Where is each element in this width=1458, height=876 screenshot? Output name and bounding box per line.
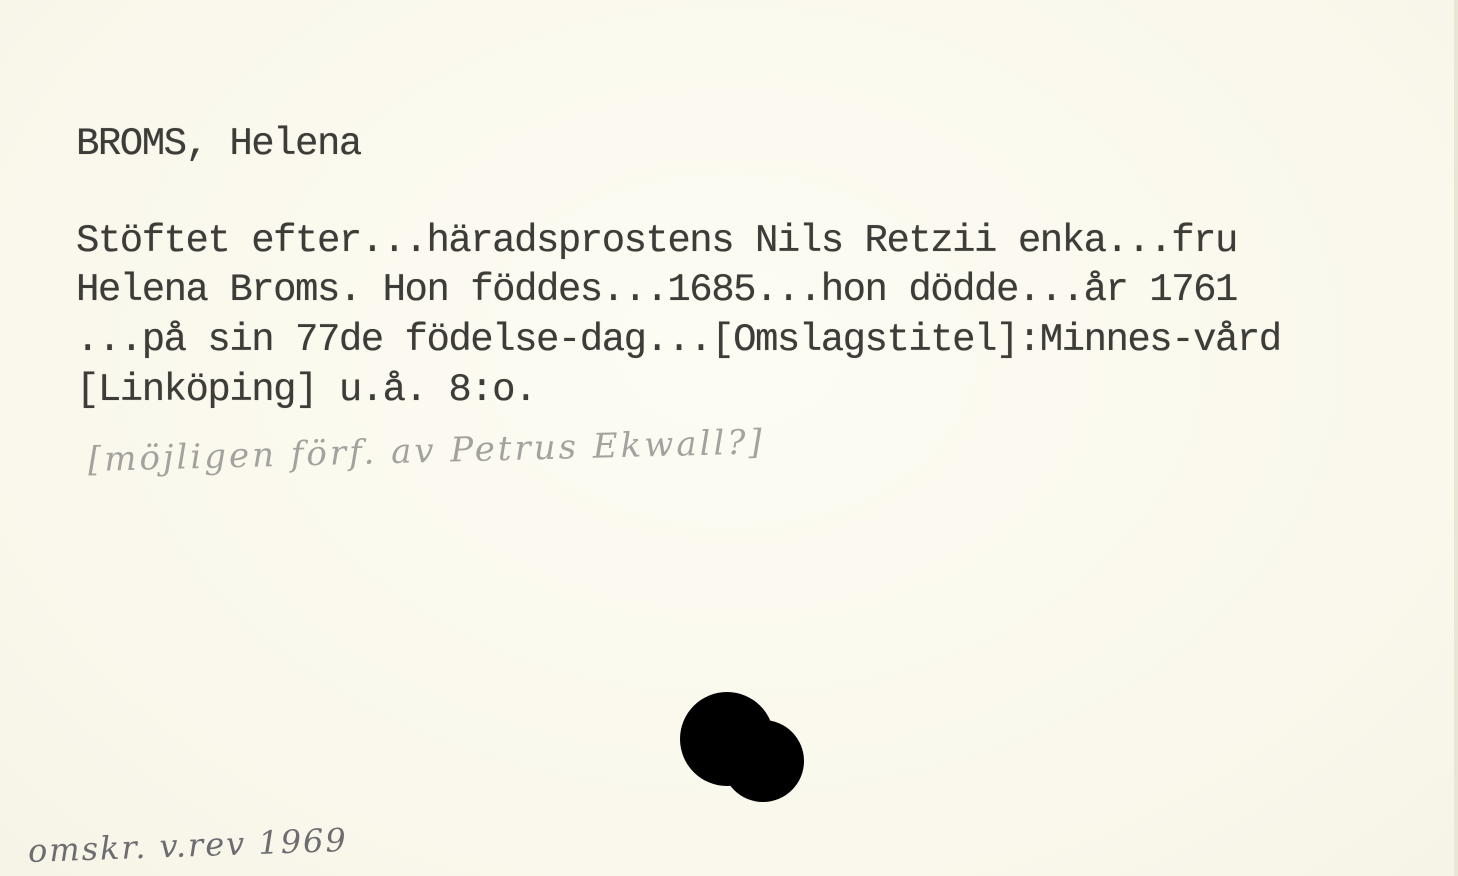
card-body-line-4: [Linköping] u.å. 8:o. [76,366,536,415]
handwritten-footer: omskr. v.rev 1969 [27,821,348,870]
punch-hole-icon [722,720,804,802]
card-body-line-3: ...på sin 77de födelse-dag...[Omslagstit… [76,316,1281,365]
card-body-line-2: Helena Broms. Hon föddes...1685...hon dö… [76,266,1237,315]
punch-holes [680,692,804,816]
card-body-line-1: Stöftet efter...häradsprostens Nils Retz… [76,217,1237,266]
card-heading: BROMS, Helena [76,120,361,169]
handwritten-note: [möjligen förf. av Petrus Ekwall?] [87,422,765,480]
card-edge [1454,0,1458,876]
catalog-card: BROMS, Helena Stöftet efter...häradspros… [0,0,1458,876]
